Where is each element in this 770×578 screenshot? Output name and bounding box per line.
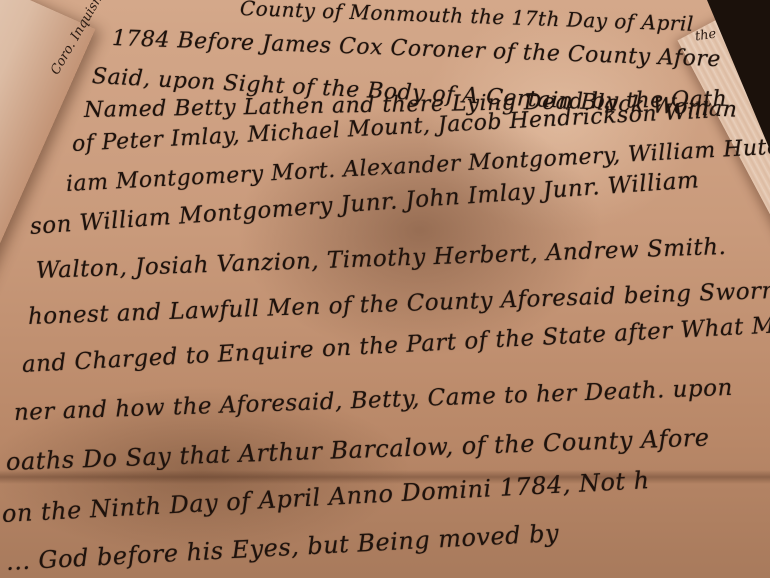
text-line-8: Walton, Josiah Vanzion, Timothy Herbert,… bbox=[36, 234, 727, 284]
text-line-1: County of Monmouth the 17th Day of April bbox=[240, 0, 695, 36]
text-line-14: ... God before his Eyes, but Being moved… bbox=[5, 519, 559, 576]
handwritten-text: County of Monmouth the 17th Day of April… bbox=[0, 0, 770, 578]
document-photo: Coro. Inquisn. Betty ... Decd. the Count… bbox=[0, 0, 770, 578]
text-line-11: ner and how the Aforesaid, Betty, Came t… bbox=[14, 375, 734, 426]
